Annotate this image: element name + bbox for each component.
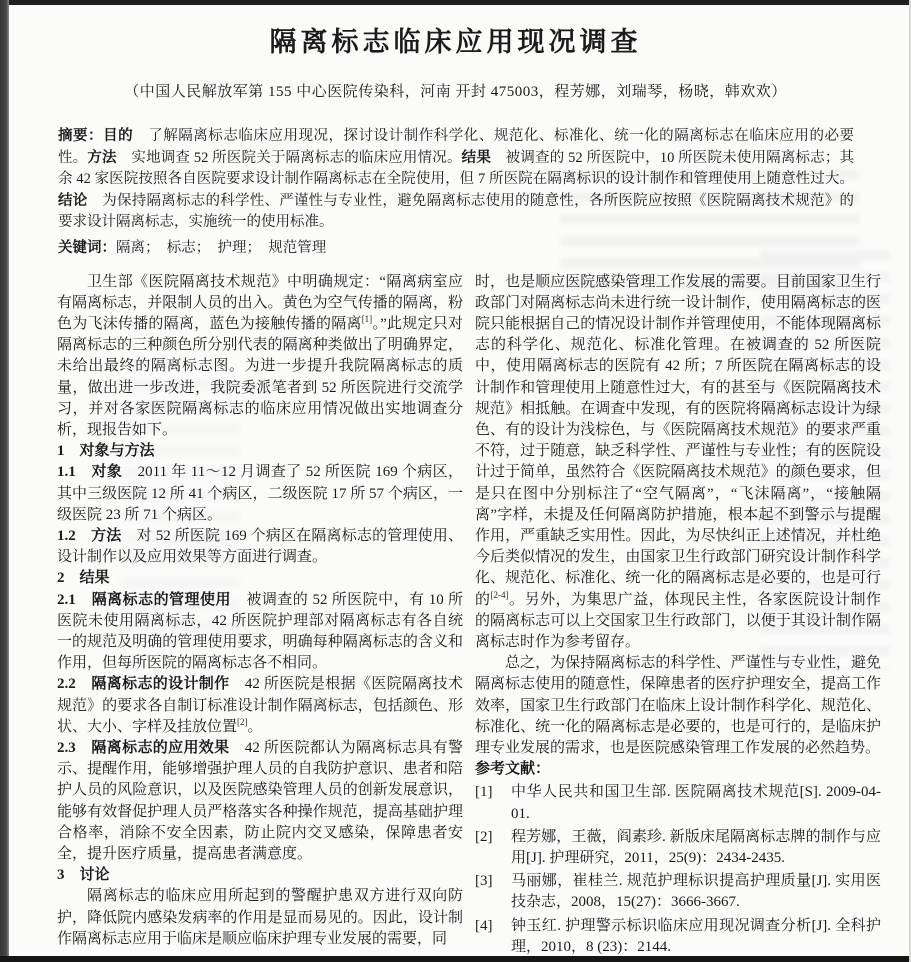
column-right: 时，也是顺应医院感染管理工作发展的需要。目前国家卫生行政部门对隔离标志尚未进行统… (475, 272, 881, 959)
text-run: 方法 (87, 150, 131, 166)
paragraph: 2.2 隔离标志的设计制作 42 所医院是根据《医院隔离技术规范》的要求各自制订… (57, 674, 463, 738)
reference-item: [3]马丽娜，崔桂兰. 规范护理标识提高护理质量[J]. 实用医技杂志，2008… (475, 871, 881, 913)
text-run: 1.2 方法 (57, 528, 137, 544)
text-run: 总之，为保持隔离标志的科学性、严谨性与专业性，避免隔离标志使用的随意性，保障患者… (475, 655, 881, 756)
text-run: 。 (248, 719, 263, 735)
text-run: 程芳娜，王薇，阎素珍. 新版床尾隔离标志牌的制作与应用[J]. 护理研究，201… (511, 829, 881, 866)
paragraph: 隔离标志的临床应用所起到的警醒护患双方进行双向防护，降低院内感染发病率的作用是显… (57, 886, 463, 950)
text-run: 目的 (103, 128, 148, 144)
reference-item: [1]中华人民共和国卫生部. 医院隔离技术规范[S]. 2009-04-01. (475, 782, 881, 824)
paragraph: 总之，为保持隔离标志的科学性、严谨性与专业性，避免隔离标志使用的随意性，保障患者… (475, 653, 881, 759)
citation-superscript: [1] (362, 314, 373, 324)
reference-number: [2] (475, 827, 511, 869)
text-run: 结论 (58, 193, 102, 209)
text-run: 钟玉红. 护理警示标识临床应用现况调查分析[J]. 全科护理，2010，8 (2… (511, 918, 881, 955)
citation-superscript: [2-4] (491, 590, 509, 600)
text-run: 实地调查 52 所医院关于隔离标志的临床应用情况。 (131, 150, 461, 166)
text-run: 隔离标志的临床应用所起到的警醒护患双方进行双向防护，降低院内感染发病率的作用是显… (57, 888, 463, 946)
text-run: 马丽娜，崔桂兰. 规范护理标识提高护理质量[J]. 实用医技杂志，2008，15… (511, 873, 881, 910)
section-heading: 1 对象与方法 (57, 441, 463, 462)
paragraph: 2.1 隔离标志的管理使用 被调查的 52 所医院中，有 10 所医院未使用隔离… (57, 590, 463, 675)
text-run: 2.1 隔离标志的管理使用 (57, 592, 246, 608)
text-run: 时，也是顺应医院感染管理工作发展的需要。目前国家卫生行政部门对隔离标志尚未进行统… (475, 274, 881, 608)
text-run: 中华人民共和国卫生部. 医院隔离技术规范[S]. 2009-04-01. (511, 784, 881, 821)
text-run: 为保持隔离标志的科学性、严谨性与专业性，避免隔离标志使用的随意性，各所医院应按照… (58, 193, 854, 231)
text-run: 42 所医院都认为隔离标志具有警示、提醒作用，能够增强护理人员的自我防护意识、患… (57, 740, 463, 862)
scan-left-edge (0, 0, 9, 962)
affiliation-line: （中国人民解放军第 155 中心医院传染科，河南 开封 475003，程芳娜，刘… (0, 80, 911, 101)
reference-number: [4] (475, 916, 511, 958)
two-column-body: 卫生部《医院隔离技术规范》中明确规定：“隔离病室应有隔离标志，并限制人员的出入。… (57, 272, 881, 959)
paragraph: 1.2 方法 对 52 所医院 169 个病区在隔离标志的管理使用、设计制作以及… (57, 526, 463, 568)
keywords-line: 关键词：隔离； 标志； 护理； 规范管理 (58, 238, 854, 259)
column-left: 卫生部《医院隔离技术规范》中明确规定：“隔离病室应有隔离标志，并限制人员的出入。… (57, 272, 463, 959)
reference-text: 马丽娜，崔桂兰. 规范护理标识提高护理质量[J]. 实用医技杂志，2008，15… (511, 871, 881, 913)
reference-text: 钟玉红. 护理警示标识临床应用现况调查分析[J]. 全科护理，2010，8 (2… (511, 916, 881, 958)
text-run: 隔离； 标志； 护理； 规范管理 (116, 240, 326, 256)
text-run: 摘要： (58, 128, 103, 144)
page: 隔离标志临床应用现况调查 （中国人民解放军第 155 中心医院传染科，河南 开封… (0, 0, 911, 962)
reference-item: [2]程芳娜，王薇，阎素珍. 新版床尾隔离标志牌的制作与应用[J]. 护理研究，… (475, 827, 881, 869)
section-heading: 3 讨论 (57, 865, 463, 886)
paragraph: 1.1 对象 2011 年 11～12 月调查了 52 所医院 169 个病区，… (57, 462, 463, 526)
text-run: 2.2 隔离标志的设计制作 (57, 676, 245, 692)
text-run: 。另外，为集思广益，体现民主性，各家医院设计制作的隔离标志可以上交国家卫生行政部… (475, 592, 881, 650)
reference-number: [1] (475, 782, 511, 824)
paragraph: 时，也是顺应医院感染管理工作发展的需要。目前国家卫生行政部门对隔离标志尚未进行统… (475, 272, 881, 654)
text-run: 。”此规定只对隔离标志的三种颜色所分别代表的隔离种类做出了明确界定，未给出最终的… (57, 316, 463, 438)
scan-top-edge (0, 0, 911, 5)
citation-superscript: [2] (237, 717, 248, 727)
paragraph: 卫生部《医院隔离技术规范》中明确规定：“隔离病室应有隔离标志，并限制人员的出入。… (57, 272, 463, 442)
text-run: 结果 (462, 150, 506, 166)
article-title: 隔离标志临床应用现况调查 (0, 20, 911, 59)
abstract-paragraph: 摘要：目的 了解隔离标志临床应用现况，探讨设计制作科学化、规范化、标准化、统一化… (58, 126, 854, 234)
article: 隔离标志临床应用现况调查 （中国人民解放军第 155 中心医院传染科，河南 开封… (0, 20, 911, 958)
reference-item: [4]钟玉红. 护理警示标识临床应用现况调查分析[J]. 全科护理，2010，8… (475, 916, 881, 958)
text-run: 关键词： (58, 240, 116, 256)
paragraph: 2.3 隔离标志的应用效果 42 所医院都认为隔离标志具有警示、提醒作用，能够增… (57, 738, 463, 865)
text-run: 1.1 对象 (57, 464, 138, 480)
section-heading: 2 结果 (57, 568, 463, 589)
scan-bottom-edge (0, 956, 911, 962)
text-run: 2.3 隔离标志的应用效果 (57, 740, 245, 756)
reference-text: 中华人民共和国卫生部. 医院隔离技术规范[S]. 2009-04-01. (511, 782, 881, 824)
reference-number: [3] (475, 871, 511, 913)
reference-text: 程芳娜，王薇，阎素珍. 新版床尾隔离标志牌的制作与应用[J]. 护理研究，201… (511, 827, 881, 869)
section-heading: 参考文献： (475, 759, 881, 780)
